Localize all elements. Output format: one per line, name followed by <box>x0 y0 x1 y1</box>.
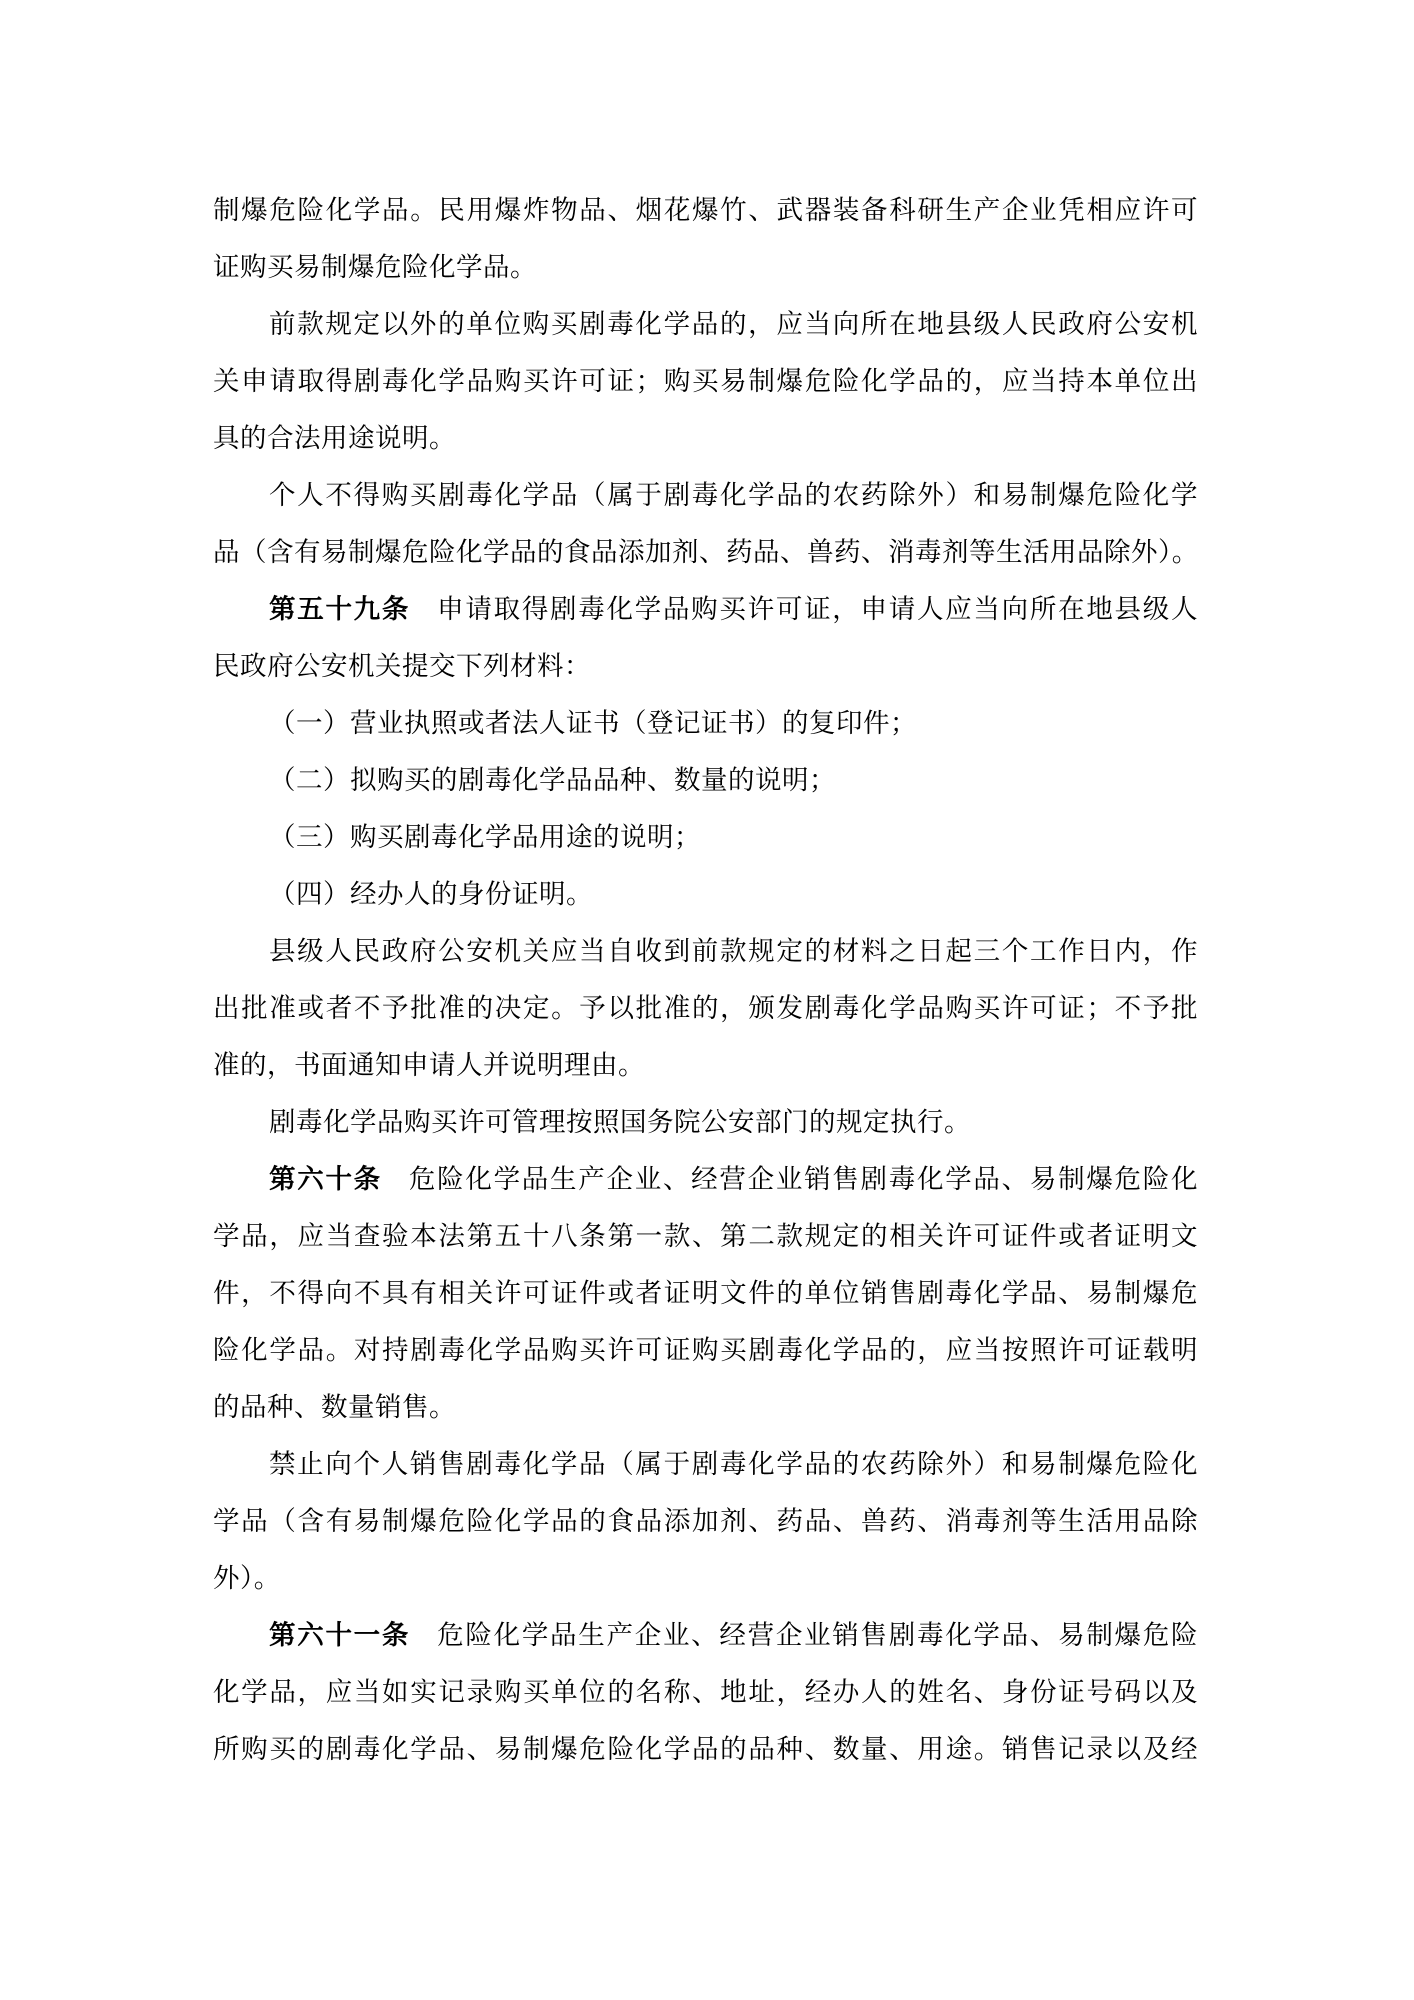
line-text: 学品（含有易制爆危险化学品的食品添加剂、药品、兽药、消毒剂等生活用品除 <box>213 1506 1198 1536</box>
line-text: 件，不得向不具有相关许可证件或者证明文件的单位销售剧毒化学品、易制爆危 <box>213 1278 1198 1308</box>
text-line: 个人不得购买剧毒化学品（属于剧毒化学品的农药除外）和易制爆危险化学 <box>213 467 1198 524</box>
line-text: （二）拟购买的剧毒化学品品种、数量的说明； <box>269 765 836 795</box>
line-text: 剧毒化学品购买许可管理按照国务院公安部门的规定执行。 <box>269 1107 971 1137</box>
line-text: 化学品，应当如实记录购买单位的名称、地址，经办人的姓名、身份证号码以及 <box>213 1677 1198 1707</box>
line-text: 禁止向个人销售剧毒化学品（属于剧毒化学品的农药除外）和易制爆危险化 <box>269 1449 1198 1479</box>
line-text: （三）购买剧毒化学品用途的说明； <box>269 822 701 852</box>
line-text: 证购买易制爆危险化学品。 <box>213 252 537 282</box>
text-line: 前款规定以外的单位购买剧毒化学品的，应当向所在地县级人民政府公安机 <box>213 296 1198 353</box>
text-line: 学品（含有易制爆危险化学品的食品添加剂、药品、兽药、消毒剂等生活用品除 <box>213 1493 1198 1550</box>
text-line: （三）购买剧毒化学品用途的说明； <box>213 809 1198 866</box>
text-line: 制爆危险化学品。民用爆炸物品、烟花爆竹、武器装备科研生产企业凭相应许可 <box>213 182 1198 239</box>
line-text: 民政府公安机关提交下列材料： <box>213 651 591 681</box>
text-line: （四）经办人的身份证明。 <box>213 866 1198 923</box>
text-line: 第五十九条申请取得剧毒化学品购买许可证，申请人应当向所在地县级人 <box>213 581 1198 638</box>
article-number: 第六十条 <box>269 1164 382 1194</box>
text-line: 证购买易制爆危险化学品。 <box>213 239 1198 296</box>
document-text-block: 制爆危险化学品。民用爆炸物品、烟花爆竹、武器装备科研生产企业凭相应许可证购买易制… <box>213 182 1198 1778</box>
text-line: 的品种、数量销售。 <box>213 1379 1198 1436</box>
text-line: 所购买的剧毒化学品、易制爆危险化学品的品种、数量、用途。销售记录以及经 <box>213 1721 1198 1778</box>
line-text: 申请取得剧毒化学品购买许可证，申请人应当向所在地县级人 <box>437 594 1198 624</box>
text-line: 化学品，应当如实记录购买单位的名称、地址，经办人的姓名、身份证号码以及 <box>213 1664 1198 1721</box>
text-line: 外）。 <box>213 1550 1198 1607</box>
line-text: 危险化学品生产企业、经营企业销售剧毒化学品、易制爆危险 <box>437 1620 1198 1650</box>
text-line: 第六十条危险化学品生产企业、经营企业销售剧毒化学品、易制爆危险化 <box>213 1151 1198 1208</box>
line-text: （四）经办人的身份证明。 <box>269 879 593 909</box>
text-line: 关申请取得剧毒化学品购买许可证；购买易制爆危险化学品的，应当持本单位出 <box>213 353 1198 410</box>
text-line: 学品，应当查验本法第五十八条第一款、第二款规定的相关许可证件或者证明文 <box>213 1208 1198 1265</box>
line-text: 的品种、数量销售。 <box>213 1392 456 1422</box>
line-text: （一）营业执照或者法人证书（登记证书）的复印件； <box>269 708 917 738</box>
line-text: 制爆危险化学品。民用爆炸物品、烟花爆竹、武器装备科研生产企业凭相应许可 <box>213 195 1198 225</box>
article-number: 第五十九条 <box>269 594 410 624</box>
text-line: 第六十一条危险化学品生产企业、经营企业销售剧毒化学品、易制爆危险 <box>213 1607 1198 1664</box>
line-text: 关申请取得剧毒化学品购买许可证；购买易制爆危险化学品的，应当持本单位出 <box>213 366 1198 396</box>
line-text: 出批准或者不予批准的决定。予以批准的，颁发剧毒化学品购买许可证；不予批 <box>213 993 1198 1023</box>
text-line: 品（含有易制爆危险化学品的食品添加剂、药品、兽药、消毒剂等生活用品除外）。 <box>213 524 1198 581</box>
document-page: 制爆危险化学品。民用爆炸物品、烟花爆竹、武器装备科研生产企业凭相应许可证购买易制… <box>0 0 1414 2000</box>
text-line: （二）拟购买的剧毒化学品品种、数量的说明； <box>213 752 1198 809</box>
line-text: 险化学品。对持剧毒化学品购买许可证购买剧毒化学品的，应当按照许可证载明 <box>213 1335 1198 1365</box>
text-line: 具的合法用途说明。 <box>213 410 1198 467</box>
article-number: 第六十一条 <box>269 1620 410 1650</box>
text-line: 禁止向个人销售剧毒化学品（属于剧毒化学品的农药除外）和易制爆危险化 <box>213 1436 1198 1493</box>
line-text: 县级人民政府公安机关应当自收到前款规定的材料之日起三个工作日内，作 <box>269 936 1198 966</box>
line-text: 前款规定以外的单位购买剧毒化学品的，应当向所在地县级人民政府公安机 <box>269 309 1198 339</box>
text-line: 剧毒化学品购买许可管理按照国务院公安部门的规定执行。 <box>213 1094 1198 1151</box>
line-text: 准的，书面通知申请人并说明理由。 <box>213 1050 645 1080</box>
line-text: 个人不得购买剧毒化学品（属于剧毒化学品的农药除外）和易制爆危险化学 <box>269 480 1198 510</box>
line-text: 品（含有易制爆危险化学品的食品添加剂、药品、兽药、消毒剂等生活用品除外）。 <box>213 537 1199 567</box>
text-line: 准的，书面通知申请人并说明理由。 <box>213 1037 1198 1094</box>
line-text: 危险化学品生产企业、经营企业销售剧毒化学品、易制爆危险化 <box>409 1164 1198 1194</box>
line-text: 所购买的剧毒化学品、易制爆危险化学品的品种、数量、用途。销售记录以及经 <box>213 1734 1198 1764</box>
text-line: 民政府公安机关提交下列材料： <box>213 638 1198 695</box>
text-line: 出批准或者不予批准的决定。予以批准的，颁发剧毒化学品购买许可证；不予批 <box>213 980 1198 1037</box>
text-line: （一）营业执照或者法人证书（登记证书）的复印件； <box>213 695 1198 752</box>
line-text: 具的合法用途说明。 <box>213 423 456 453</box>
text-line: 县级人民政府公安机关应当自收到前款规定的材料之日起三个工作日内，作 <box>213 923 1198 980</box>
text-line: 件，不得向不具有相关许可证件或者证明文件的单位销售剧毒化学品、易制爆危 <box>213 1265 1198 1322</box>
line-text: 外）。 <box>213 1563 281 1593</box>
text-line: 险化学品。对持剧毒化学品购买许可证购买剧毒化学品的，应当按照许可证载明 <box>213 1322 1198 1379</box>
line-text: 学品，应当查验本法第五十八条第一款、第二款规定的相关许可证件或者证明文 <box>213 1221 1198 1251</box>
